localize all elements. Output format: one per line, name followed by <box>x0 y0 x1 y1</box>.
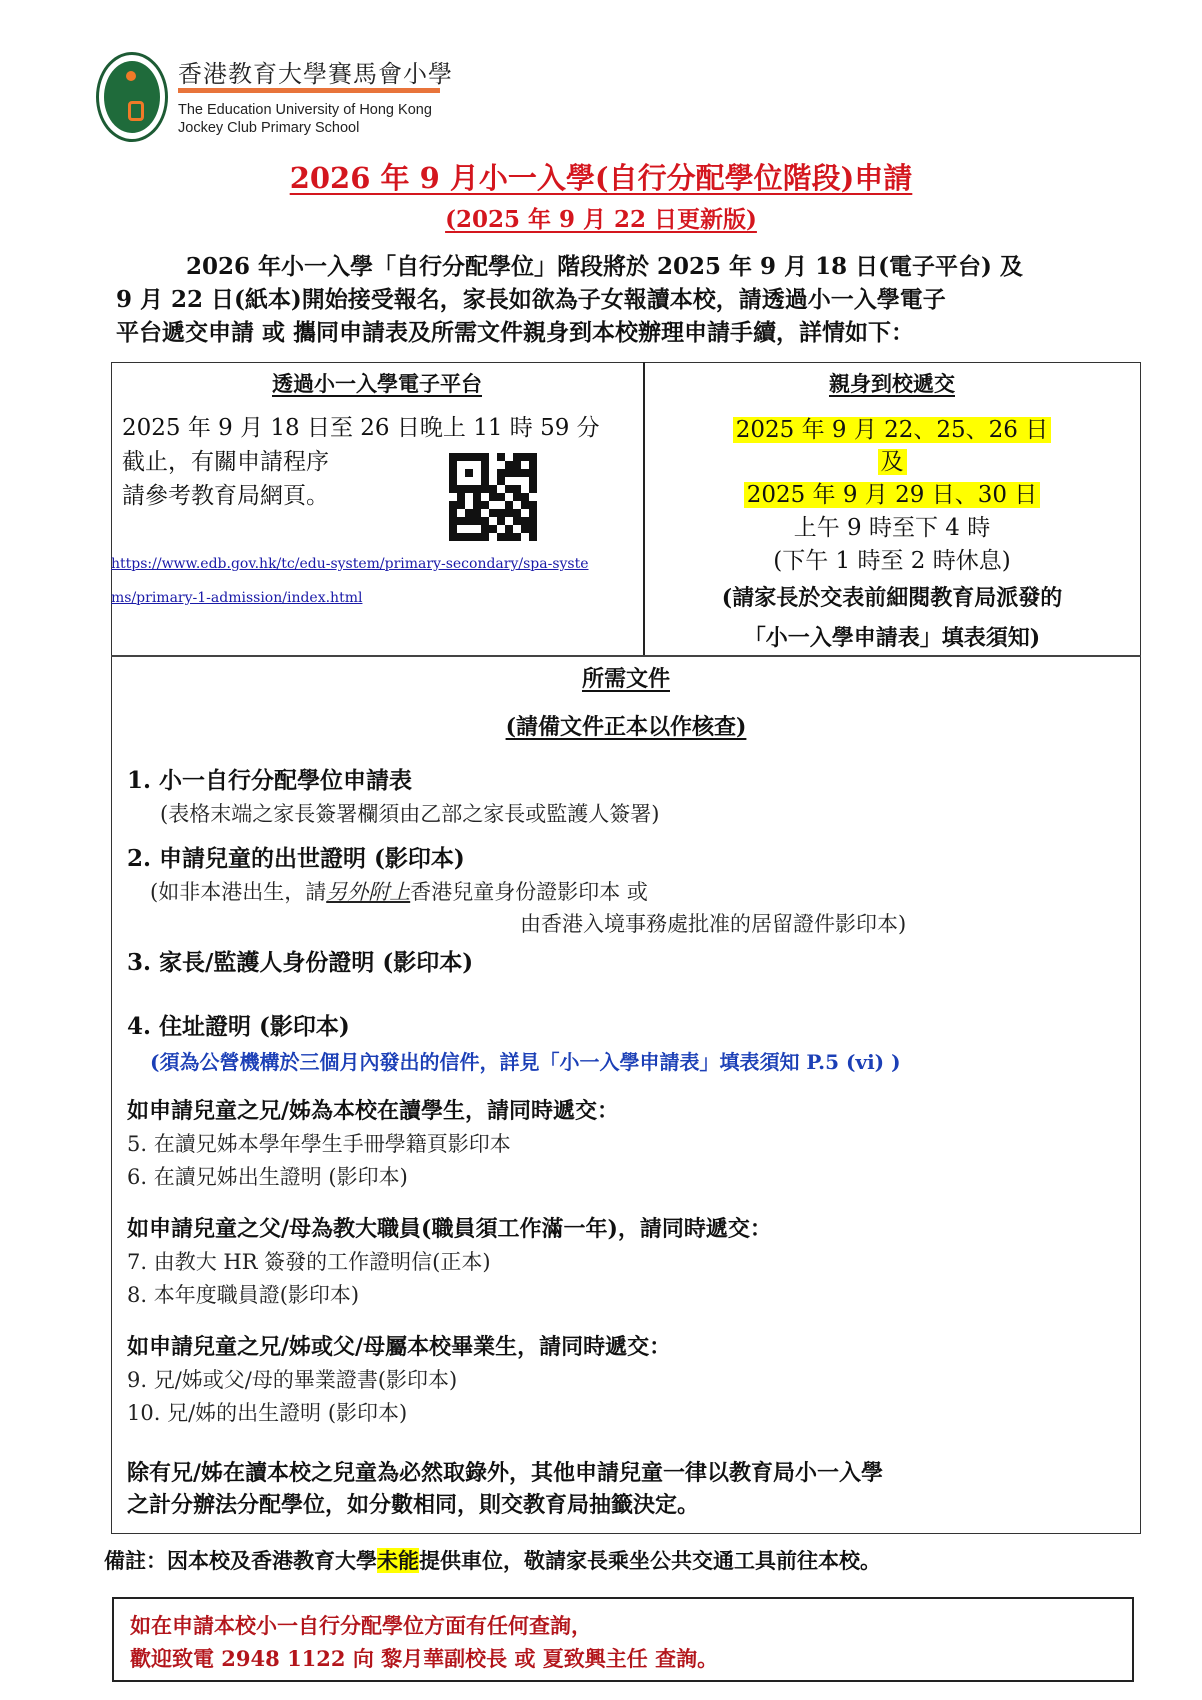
in-person-note-1: (請家長於交表前細閱教育局派發的 <box>644 578 1140 618</box>
document-item-2: 2. 申請兒童的出世證明 (影印本) <box>127 840 465 873</box>
document-item-2-note: (如非本港出生，請另外附上香港兒童身份證影印本 或 <box>150 876 648 906</box>
documents-subheading: (請備文件正本以作核查) <box>111 710 1141 741</box>
page-title: 2026 年 9 月小一入學(自行分配學位階段)申請 <box>0 156 1202 197</box>
school-name-zh: 香港教育大學賽馬會小學 <box>178 54 453 89</box>
school-name-en: The Education University of Hong Kong Jo… <box>178 101 432 137</box>
online-line-3: 請參考教育局網頁。 <box>122 480 329 513</box>
document-item-9: 9. 兄/姊或父/母的畢業證書(影印本) <box>127 1364 457 1394</box>
in-person-and: 及 <box>644 446 1140 479</box>
intro-line-1: 2026 年小一入學「自行分配學位」階段將於 2025 年 9 月 18 日(電… <box>116 250 1106 283</box>
document-item-1-note: (表格末端之家長簽署欄須由乙部之家長或監護人簽署) <box>160 798 659 828</box>
page-title-text: 2026 年 9 月小一入學(自行分配學位階段)申請 <box>290 161 913 195</box>
document-item-3: 3. 家長/監護人身份證明 (影印本) <box>127 944 473 977</box>
document-item-5: 5. 在讀兄姊本學年學生手冊學籍頁影印本 <box>127 1128 511 1158</box>
document-item-4: 4. 住址證明 (影印本) <box>127 1008 350 1041</box>
alumni-group-heading: 如申請兒童之兄/姊或父/母屬本校畢業生，請同時遞交： <box>127 1330 671 1361</box>
parking-remark: 備註：因本校及香港教育大學未能提供車位，敬請家長乘坐公共交通工具前往本校。 <box>104 1545 881 1575</box>
accent-divider <box>178 88 440 93</box>
in-person-hours: 上午 9 時至下 4 時 <box>644 512 1140 545</box>
document-item-1: 1. 小一自行分配學位申請表 <box>127 762 412 795</box>
document-item-2-note-line2: 由香港入境事務處批准的居留證件影印本) <box>520 908 906 938</box>
school-name-en-line2: Jockey Club Primary School <box>178 119 432 137</box>
qr-code-icon[interactable] <box>449 453 537 541</box>
in-person-note-2: 「小一入學申請表」填表須知) <box>644 618 1140 658</box>
contact-line-1: 如在申請本校小一自行分配學位方面有任何查詢， <box>130 1610 592 1640</box>
document-item-4-note: (須為公營機構於三個月內發出的信件，詳見「小一入學申請表」填表須知 P.5 (v… <box>150 1046 901 1075</box>
document-item-10: 10. 兄/姊的出生證明 (影印本) <box>127 1397 407 1427</box>
document-item-6: 6. 在讀兄姊出生證明 (影印本) <box>127 1161 408 1191</box>
intro-line-3: 平台遞交申請 或 攜同申請表及所需文件親身到本校辦理申請手續，詳情如下： <box>116 316 1106 349</box>
documents-heading: 所需文件 <box>111 662 1141 693</box>
in-person-dates-2: 2025 年 9 月 29 日、30 日 <box>644 479 1140 512</box>
online-line-2: 截止，有關申請程序 <box>122 446 329 479</box>
in-person-heading: 親身到校遞交 <box>644 368 1140 398</box>
edb-url-link-line1[interactable]: https://www.edb.gov.hk/tc/edu-system/pri… <box>111 556 589 572</box>
page-subtitle: (2025 年 9 月 22 日更新版) <box>0 201 1202 234</box>
online-heading: 透過小一入學電子平台 <box>111 368 643 398</box>
in-person-lunch-break: (下午 1 時至 2 時休息) <box>644 545 1140 578</box>
edb-url-link-line2[interactable]: ms/primary-1-admission/index.html <box>111 590 362 606</box>
online-line-1: 2025 年 9 月 18 日至 26 日晚上 11 時 59 分 <box>122 412 600 445</box>
intro-line-2: 9 月 22 日(紙本)開始接受報名，家長如欲為子女報讀本校，請透過小一入學電子 <box>116 283 1106 316</box>
document-item-7: 7. 由教大 HR 簽發的工作證明信(正本) <box>127 1246 491 1276</box>
school-name-en-line1: The Education University of Hong Kong <box>178 101 432 119</box>
in-person-dates-1: 2025 年 9 月 22、25、26 日 <box>644 414 1140 447</box>
document-item-8: 8. 本年度職員證(影印本) <box>127 1279 359 1309</box>
allocation-note-line-1: 除有兄/姊在讀本校之兒童為必然取錄外，其他申請兒童一律以教育局小一入學 <box>127 1456 883 1487</box>
allocation-note-line-2: 之計分辦法分配學位，如分數相同，則交教育局抽籤決定。 <box>127 1488 699 1519</box>
staff-group-heading: 如申請兒童之父/母為教大職員(職員須工作滿一年)，請同時遞交： <box>127 1212 772 1243</box>
sibling-group-heading: 如申請兒童之兄/姊為本校在讀學生，請同時遞交： <box>127 1094 619 1125</box>
update-date-text: (2025 年 9 月 22 日更新版) <box>445 206 757 233</box>
school-crest-icon <box>96 52 168 142</box>
intro-paragraph: 2026 年小一入學「自行分配學位」階段將於 2025 年 9 月 18 日(電… <box>116 250 1106 349</box>
contact-line-2: 歡迎致電 2948 1122 向 黎月華副校長 或 夏致興主任 查詢。 <box>130 1643 718 1673</box>
